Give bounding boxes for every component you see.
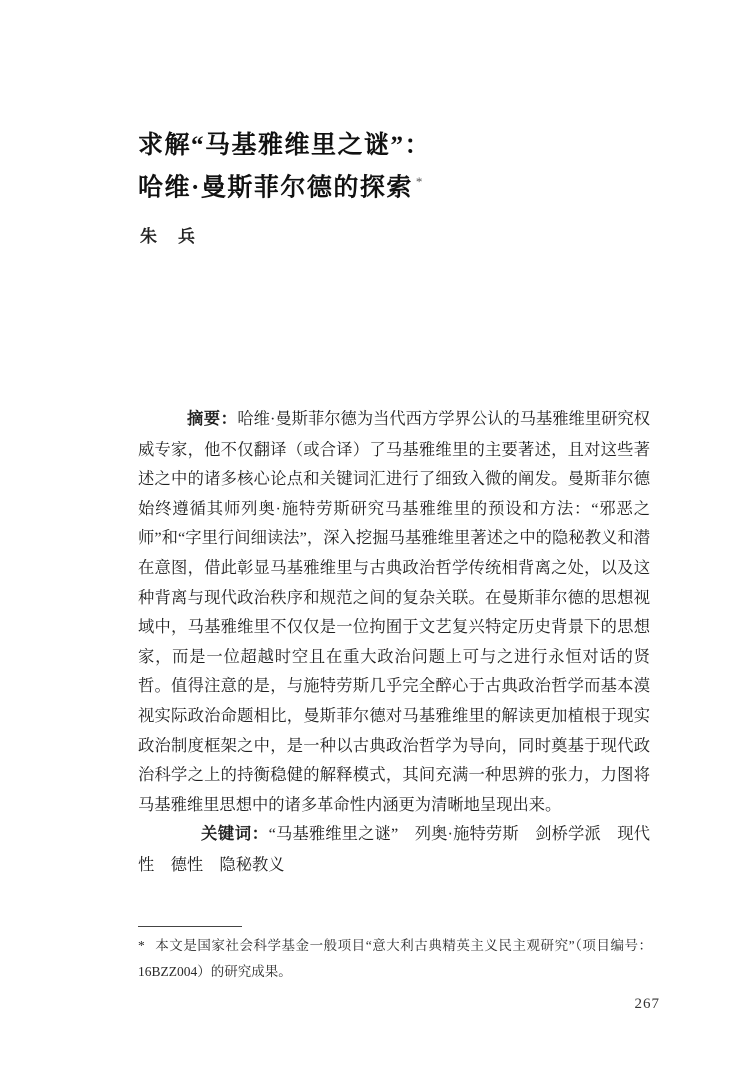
abstract-paragraph: 摘要：哈维·曼斯菲尔德为当代西方学界公认的马基雅维里研究权威专家，他不仅翻译（或… [138, 404, 650, 819]
footnote-divider [138, 926, 242, 927]
title-block: 求解“马基雅维里之谜”： 哈维·曼斯菲尔德的探索* [138, 128, 658, 206]
footnote-text: 本文是国家社会科学基金一般项目“意大利古典精英主义民主观研究”（项目编号：16B… [138, 938, 652, 979]
author-name: 朱 兵 [140, 222, 197, 247]
abstract-label: 摘要： [187, 410, 237, 428]
page-title-line1: 求解“马基雅维里之谜”： [138, 128, 658, 164]
document-page: 求解“马基雅维里之谜”： 哈维·曼斯菲尔德的探索* 朱 兵 摘要：哈维·曼斯菲尔… [0, 0, 750, 1087]
page-title-line2: 哈维·曼斯菲尔德的探索* [138, 164, 658, 206]
footnote-marker: * [138, 933, 145, 959]
footnote: *本文是国家社会科学基金一般项目“意大利古典精英主义民主观研究”（项目编号：16… [138, 933, 652, 985]
keywords-paragraph: 关键词：“马基雅维里之谜” 列奥·施特劳斯 剑桥学派 现代性 德性 隐秘教义 [138, 819, 650, 879]
page-title-line2-text: 哈维·曼斯菲尔德的探索 [138, 174, 413, 201]
abstract-text: 哈维·曼斯菲尔德为当代西方学界公认的马基雅维里研究权威专家，他不仅翻译（或合译）… [138, 409, 650, 814]
title-footnote-marker: * [416, 174, 424, 189]
page-number: 267 [635, 996, 661, 1013]
abstract-block: 摘要：哈维·曼斯菲尔德为当代西方学界公认的马基雅维里研究权威专家，他不仅翻译（或… [138, 404, 650, 880]
keywords-label: 关键词： [201, 825, 269, 843]
